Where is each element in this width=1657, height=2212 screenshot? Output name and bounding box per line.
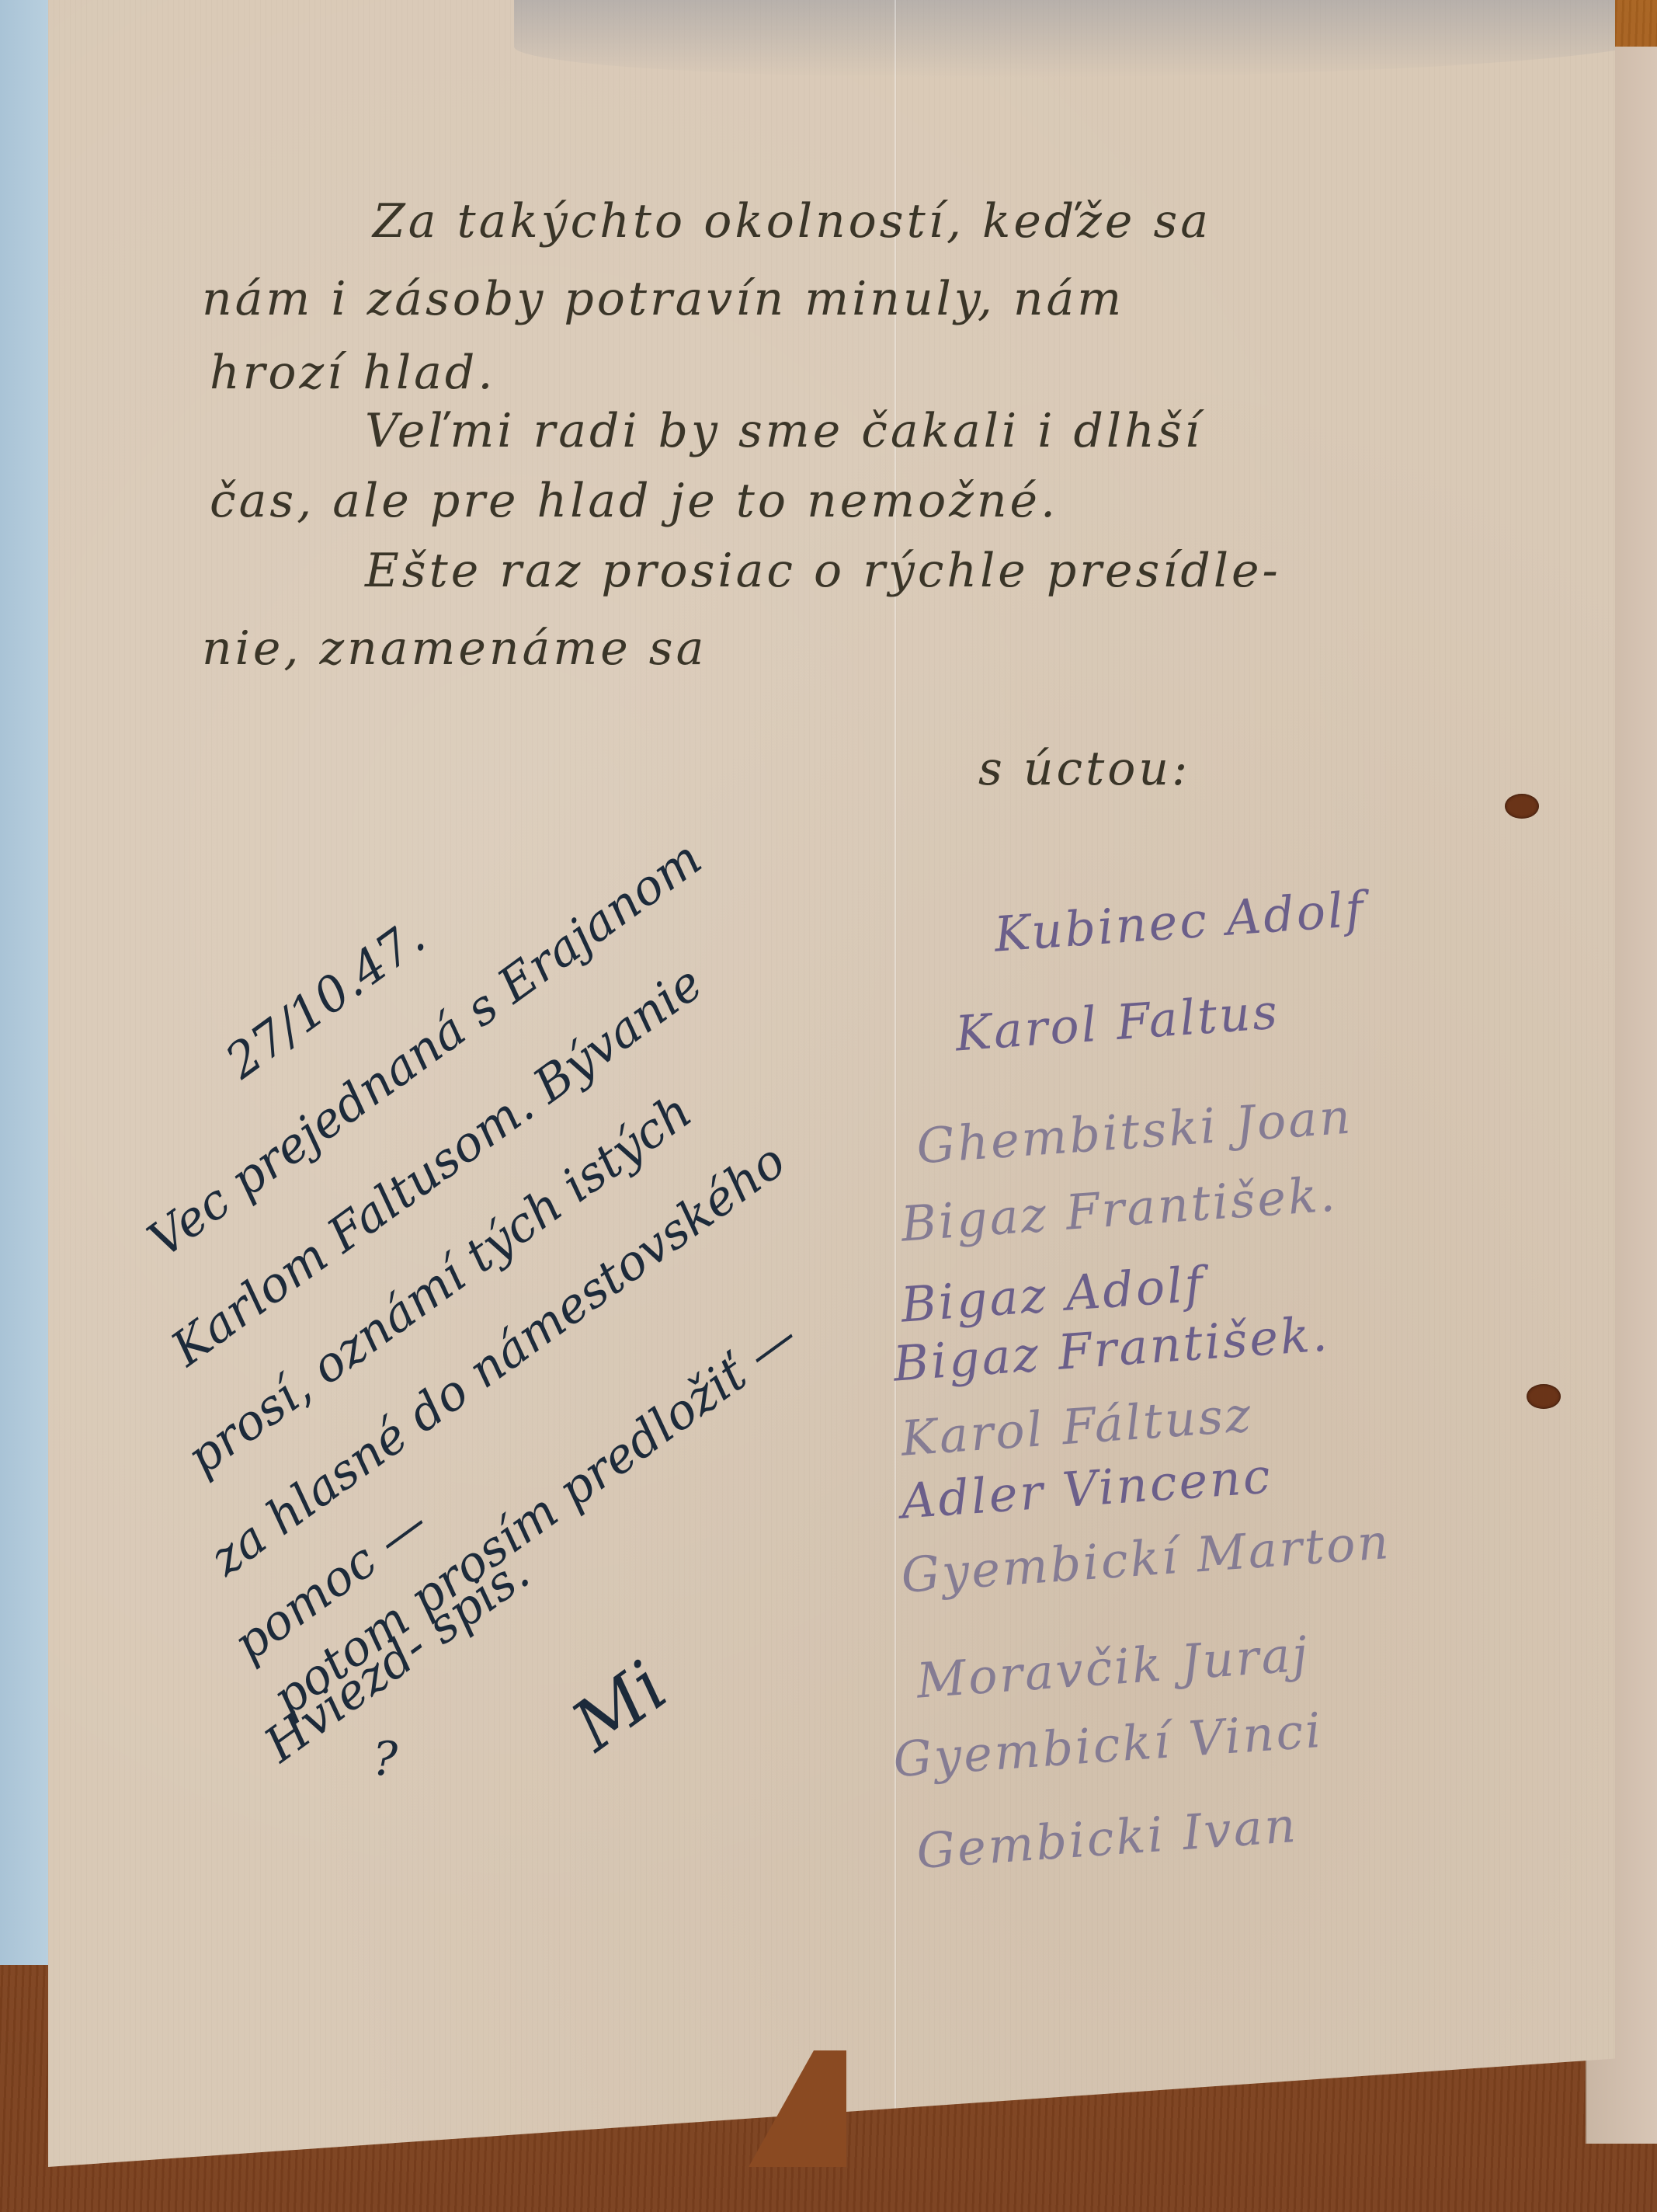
body-line: nie, znamenáme sa — [202, 621, 707, 676]
annotation-mark: ? — [373, 1732, 398, 1786]
punch-hole — [1527, 1384, 1561, 1409]
closing: s úctou: — [978, 742, 1190, 796]
body-line: Veľmi radi by sme čakali i dlhší — [365, 404, 1203, 458]
body-line: nám i zásoby potravín minuly, nám — [202, 272, 1124, 326]
body-line: čas, ale pre hlad je to nemožné. — [210, 474, 1058, 528]
punch-hole — [1505, 794, 1539, 819]
page-shadow — [514, 0, 1657, 78]
body-line: Ešte raz prosiac o rýchle presídle- — [365, 544, 1281, 598]
body-line: hrozí hlad. — [210, 346, 495, 400]
body-line: Za takýchto okolností, keďže sa — [373, 194, 1211, 249]
